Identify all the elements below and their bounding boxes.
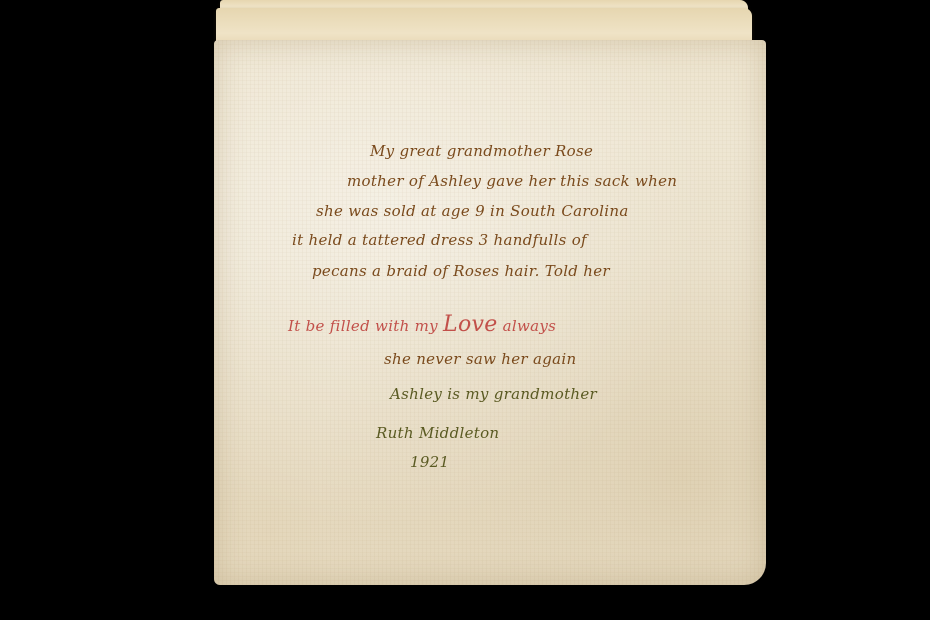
embroidery-line-4: it held a tattered dress 3 handfulls of — [292, 231, 587, 249]
embroidery-line-3: she was sold at age 9 in South Carolina — [316, 202, 629, 220]
love-line-after: always — [503, 317, 557, 335]
embroidery-line-8: Ashley is my grandmother — [390, 385, 597, 403]
love-word: Love — [443, 312, 498, 337]
embroidery-line-7: she never saw her again — [384, 350, 576, 368]
love-line-before: It be filled with my — [288, 317, 438, 335]
embroidery-line-1: My great grandmother Rose — [370, 142, 593, 160]
signature-name: Ruth Middleton — [376, 424, 499, 442]
embroidery-line-6: It be filled with my Love always — [288, 312, 556, 337]
embroidery-line-5: pecans a braid of Roses hair. Told her — [312, 262, 610, 280]
embroidery-line-2: mother of Ashley gave her this sack when — [347, 172, 677, 190]
embroidered-text: My great grandmother Rose mother of Ashl… — [0, 0, 930, 620]
signature-year: 1921 — [410, 453, 449, 471]
